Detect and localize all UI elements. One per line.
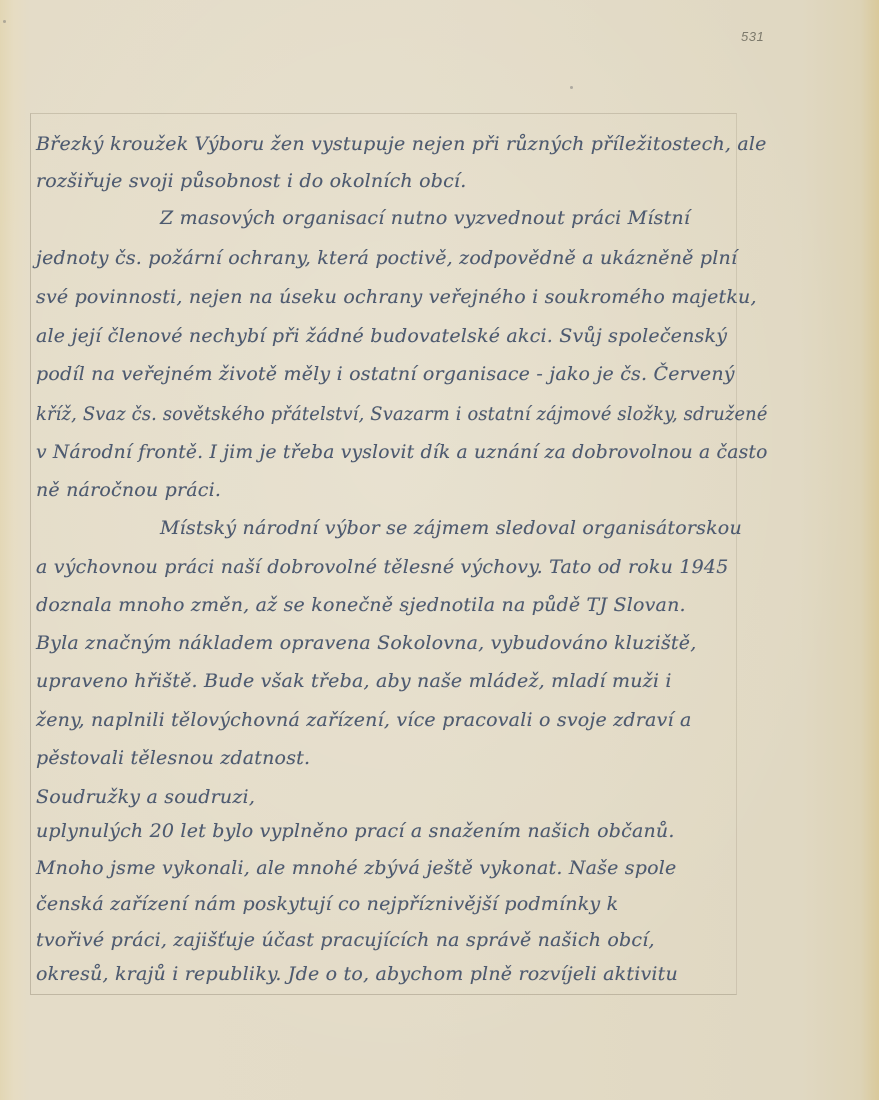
text-line: ale její členové nechybí při žádné budov… [36, 325, 727, 347]
text-line: ně náročnou práci. [36, 479, 221, 501]
text-line: rozšiřuje svoji působnost i do okolních … [36, 170, 466, 192]
text-line: tvořivé práci, zajišťuje účast pracující… [36, 929, 655, 951]
text-line: Mnoho jsme vykonali, ale mnohé zbývá ješ… [36, 857, 676, 879]
text-line: uplynulých 20 let bylo vyplněno prací a … [36, 820, 675, 842]
handwritten-text-block: Březký kroužek Výboru žen vystupuje neje… [0, 0, 879, 1100]
text-line: pěstovali tělesnou zdatnost. [36, 747, 310, 769]
text-line: své povinnosti, nejen na úseku ochrany v… [36, 286, 757, 308]
text-line: okresů, krajů i republiky. Jde o to, aby… [36, 963, 678, 985]
text-line: Soudružky a soudruzi, [36, 786, 255, 808]
text-line: Z masových organisací nutno vyzvednout p… [160, 207, 690, 229]
text-line: upraveno hřiště. Bude však třeba, aby na… [36, 670, 672, 692]
text-line: v Národní frontě. I jim je třeba vyslovi… [36, 441, 768, 463]
text-line: podíl na veřejném životě měly i ostatní … [36, 363, 735, 385]
text-line: čenská zařízení nám poskytují co nejpříz… [36, 893, 618, 915]
text-line: Byla značným nákladem opravena Sokolovna… [36, 632, 696, 654]
text-line: doznala mnoho změn, až se konečně sjedno… [36, 594, 686, 616]
text-line: jednoty čs. požární ochrany, která pocti… [36, 247, 737, 269]
text-line: kříž, Svaz čs. sovětského přátelství, Sv… [36, 403, 768, 425]
text-line: ženy, naplnili tělovýchovná zařízení, ví… [36, 709, 692, 731]
text-line: Místský národní výbor se zájmem sledoval… [160, 517, 742, 539]
text-line: Březký kroužek Výboru žen vystupuje neje… [36, 133, 767, 155]
text-line: a výchovnou práci naší dobrovolné tělesn… [36, 556, 728, 578]
